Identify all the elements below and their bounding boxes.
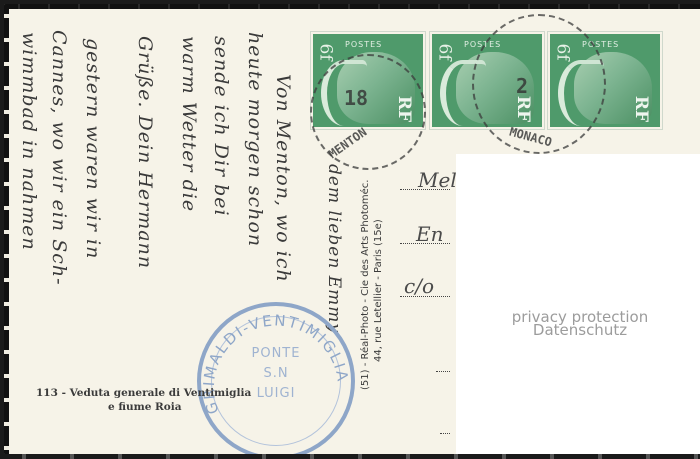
handwriting-line: heute morgen schon [244, 32, 266, 247]
postmark-date: 18 [344, 86, 368, 110]
handwriting-line: wimmbad in nahmen [18, 32, 40, 251]
stamp-value: 6f [435, 43, 455, 60]
stamp-country: RF [631, 96, 651, 122]
postcard-back: Von Menton, wo ich heute morgen schon se… [4, 4, 700, 455]
caption-line-2: e fiume Roia [108, 401, 182, 413]
privacy-mask: privacy protection Datenschutz [456, 154, 700, 455]
handwriting-line: warm Wetter die [178, 36, 200, 212]
address-handwriting: c/o [404, 274, 434, 298]
address-line [436, 370, 450, 372]
caption-line-1: 113 - Veduta generale di Ventimiglia [36, 387, 251, 399]
stamp-value: 6f [316, 43, 336, 60]
stamp-center-line: PONTE [201, 346, 351, 361]
stamp-center-line: S.N [201, 366, 351, 381]
handwriting-line: Grüße. Dein Hermann [134, 36, 156, 269]
postmark-date: 2 [516, 74, 528, 98]
deckled-edge-bottom [0, 454, 700, 459]
stamp-label: POSTES [345, 40, 382, 49]
address-handwriting: En [416, 222, 443, 246]
deckled-edge-top [4, 4, 700, 9]
handwriting-line: Von Menton, wo ich [272, 74, 294, 283]
blue-border-stamp: GRIMALDI-VENTIMIGLIA PONTE S.N LUIGI [197, 302, 355, 455]
publisher-line-1: (51) - Réal-Photo - Cie des Arts Photomé… [360, 180, 371, 391]
handwriting-line: sende ich Dir bei [210, 36, 232, 217]
handwriting-line: gestern waren wir in [82, 38, 104, 259]
deckled-edge-left [4, 4, 9, 455]
address-line [440, 432, 450, 434]
publisher-line-2: 44, rue Letellier - Paris (15e) [373, 219, 384, 362]
handwriting-line: Cannes, wo wir ein Sch- [48, 30, 70, 286]
privacy-label-de: Datenschutz [456, 323, 700, 338]
